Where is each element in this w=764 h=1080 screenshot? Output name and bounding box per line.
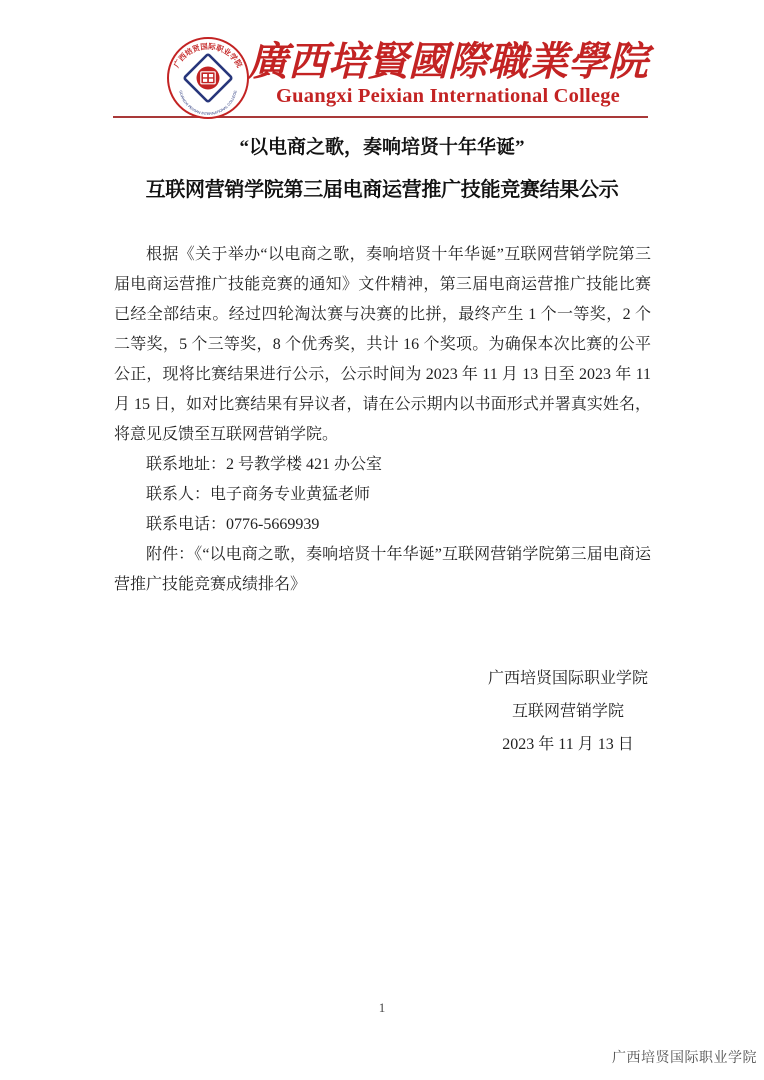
doc-title: 互联网营销学院第三届电商运营推广技能竞赛结果公示 bbox=[0, 173, 764, 202]
signature-org-1: 广西培贤国际职业学院 bbox=[488, 662, 648, 695]
contact-person-line: 联系人：电子商务专业黄猛老师 bbox=[114, 480, 651, 510]
college-seal-logo: 广西培贤国际职业学院 GUANGXI PEIXIAN INTERNATIONAL… bbox=[166, 36, 250, 120]
signature-date: 2023 年 11 月 13 日 bbox=[488, 728, 648, 761]
signature-org-2: 互联网营销学院 bbox=[488, 695, 648, 728]
title-block: “以电商之歌，奏响培贤十年华诞” 互联网营销学院第三届电商运营推广技能竞赛结果公… bbox=[0, 132, 764, 202]
college-name-en: Guangxi Peixian International College bbox=[248, 85, 648, 108]
college-name-zh: 廣西培賢國際職業學院 bbox=[248, 41, 648, 83]
attachment-line: 附件：《“以电商之歌，奏响培贤十年华诞”互联网营销学院第三届电商运营推广技能竞赛… bbox=[114, 540, 651, 600]
document-body: 根据《关于举办“以电商之歌，奏响培贤十年华诞”互联网营销学院第三届电商运营推广技… bbox=[114, 240, 651, 600]
document-page: 广西培贤国际职业学院 GUANGXI PEIXIAN INTERNATIONAL… bbox=[0, 0, 764, 1080]
college-name-block: 廣西培賢國際職業學院 Guangxi Peixian International… bbox=[248, 41, 648, 108]
contact-address-line: 联系地址：2 号教学楼 421 办公室 bbox=[114, 450, 651, 480]
corner-watermark: 广西培贤国际职业学院 bbox=[612, 1047, 757, 1067]
seal-center-circle bbox=[197, 67, 220, 90]
main-paragraph: 根据《关于举办“以电商之歌，奏响培贤十年华诞”互联网营销学院第三届电商运营推广技… bbox=[114, 240, 651, 450]
college-seal-icon: 广西培贤国际职业学院 GUANGXI PEIXIAN INTERNATIONAL… bbox=[166, 36, 250, 120]
page-number: 1 bbox=[0, 1000, 764, 1016]
contact-phone-line: 联系电话：0776-5669939 bbox=[114, 510, 651, 540]
signature-block: 广西培贤国际职业学院 互联网营销学院 2023 年 11 月 13 日 bbox=[488, 662, 648, 761]
doc-subtitle: “以电商之歌，奏响培贤十年华诞” bbox=[0, 132, 764, 159]
